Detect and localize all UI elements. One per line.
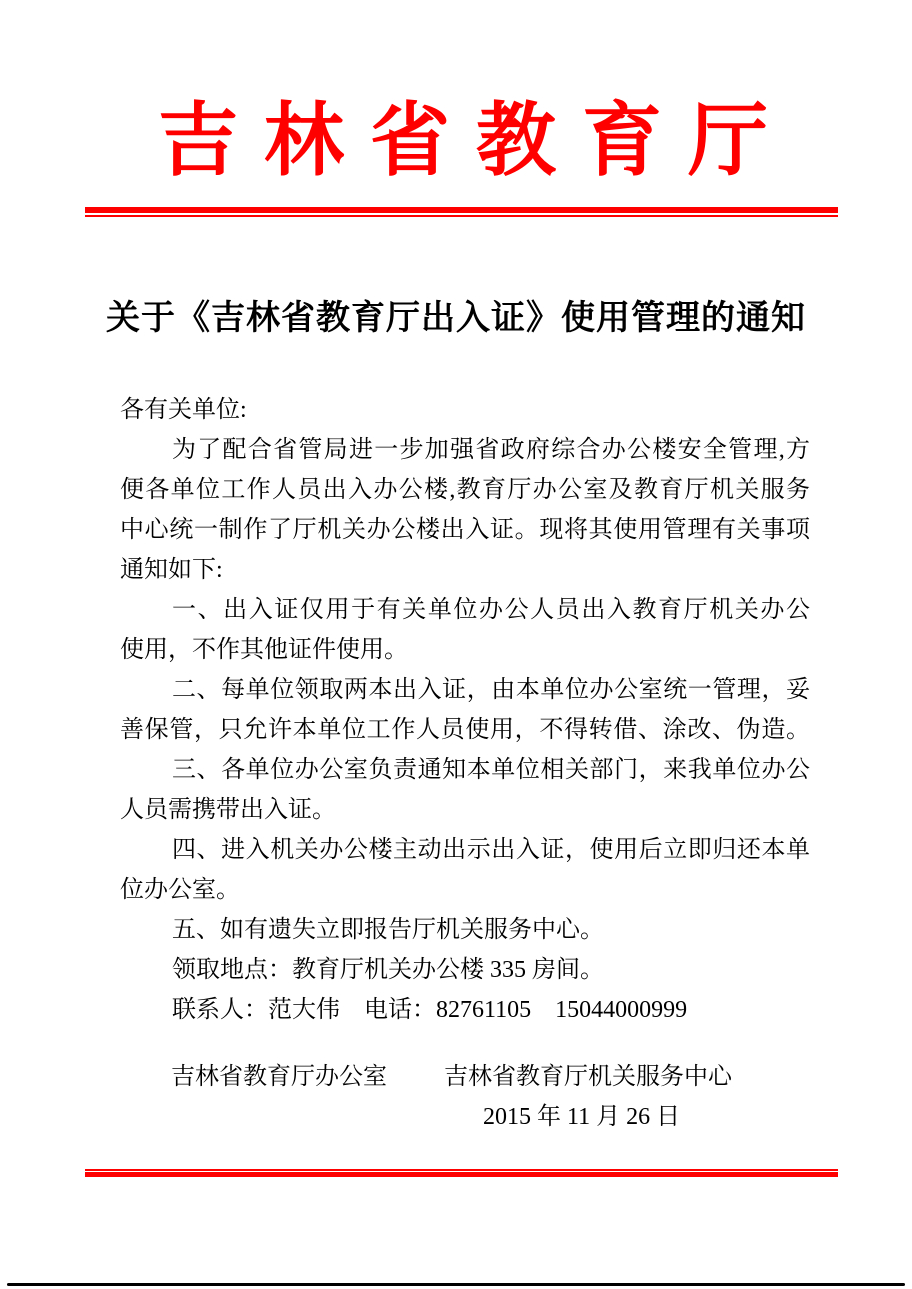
signature-org-office: 吉林省教育厅办公室 xyxy=(171,1057,387,1097)
body-line: 五、如有遗失立即报告厅机关服务中心。 xyxy=(120,910,810,950)
agency-letterhead: 吉林省教育厅 xyxy=(0,98,912,188)
signature-date: 2015 年 11 月 26 日 xyxy=(120,1097,810,1137)
body-line: 联系人：范大伟 电话：82761105 15044000999 xyxy=(120,990,810,1030)
signature-org-service-center: 吉林省教育厅机关服务中心 xyxy=(444,1057,732,1097)
body-line: 位办公室。 xyxy=(120,870,810,910)
body-line: 二、每单位领取两本出入证，由本单位办公室统一管理，妥 xyxy=(120,670,810,710)
body-line: 领取地点：教育厅机关办公楼 335 房间。 xyxy=(120,950,810,990)
signature-block: 吉林省教育厅办公室 吉林省教育厅机关服务中心 2015 年 11 月 26 日 xyxy=(120,1057,810,1137)
body-line: 使用，不作其他证件使用。 xyxy=(120,630,810,670)
document-body: 各有关单位: 为了配合省管局进一步加强省政府综合办公楼安全管理,方 便各单位工作… xyxy=(120,390,810,1030)
signature-orgs-row: 吉林省教育厅办公室 吉林省教育厅机关服务中心 xyxy=(120,1057,810,1097)
body-line: 一、出入证仅用于有关单位办公人员出入教育厅机关办公 xyxy=(120,590,810,630)
document-title: 关于《吉林省教育厅出入证》使用管理的通知 xyxy=(0,294,912,343)
body-line: 善保管，只允许本单位工作人员使用，不得转借、涂改、伪造。 xyxy=(120,710,810,750)
document-page: 吉林省教育厅 关于《吉林省教育厅出入证》使用管理的通知 各有关单位: 为了配合省… xyxy=(0,0,912,1289)
body-line: 通知如下: xyxy=(120,550,810,590)
red-separator-bottom xyxy=(85,1169,838,1177)
body-line: 为了配合省管局进一步加强省政府综合办公楼安全管理,方 xyxy=(120,430,810,470)
page-bottom-edge xyxy=(7,1283,905,1286)
red-separator-top-thin-bar xyxy=(85,215,838,217)
body-line: 人员需携带出入证。 xyxy=(120,790,810,830)
body-line: 便各单位工作人员出入办公楼,教育厅办公室及教育厅机关服务 xyxy=(120,470,810,510)
body-line: 三、各单位办公室负责通知本单位相关部门，来我单位办公 xyxy=(120,750,810,790)
red-separator-top xyxy=(85,207,838,217)
body-line: 各有关单位: xyxy=(120,390,810,430)
body-line: 中心统一制作了厅机关办公楼出入证。现将其使用管理有关事项 xyxy=(120,510,810,550)
red-separator-bottom-thick-bar xyxy=(85,1172,838,1177)
body-line: 四、进入机关办公楼主动出示出入证，使用后立即归还本单 xyxy=(120,830,810,870)
